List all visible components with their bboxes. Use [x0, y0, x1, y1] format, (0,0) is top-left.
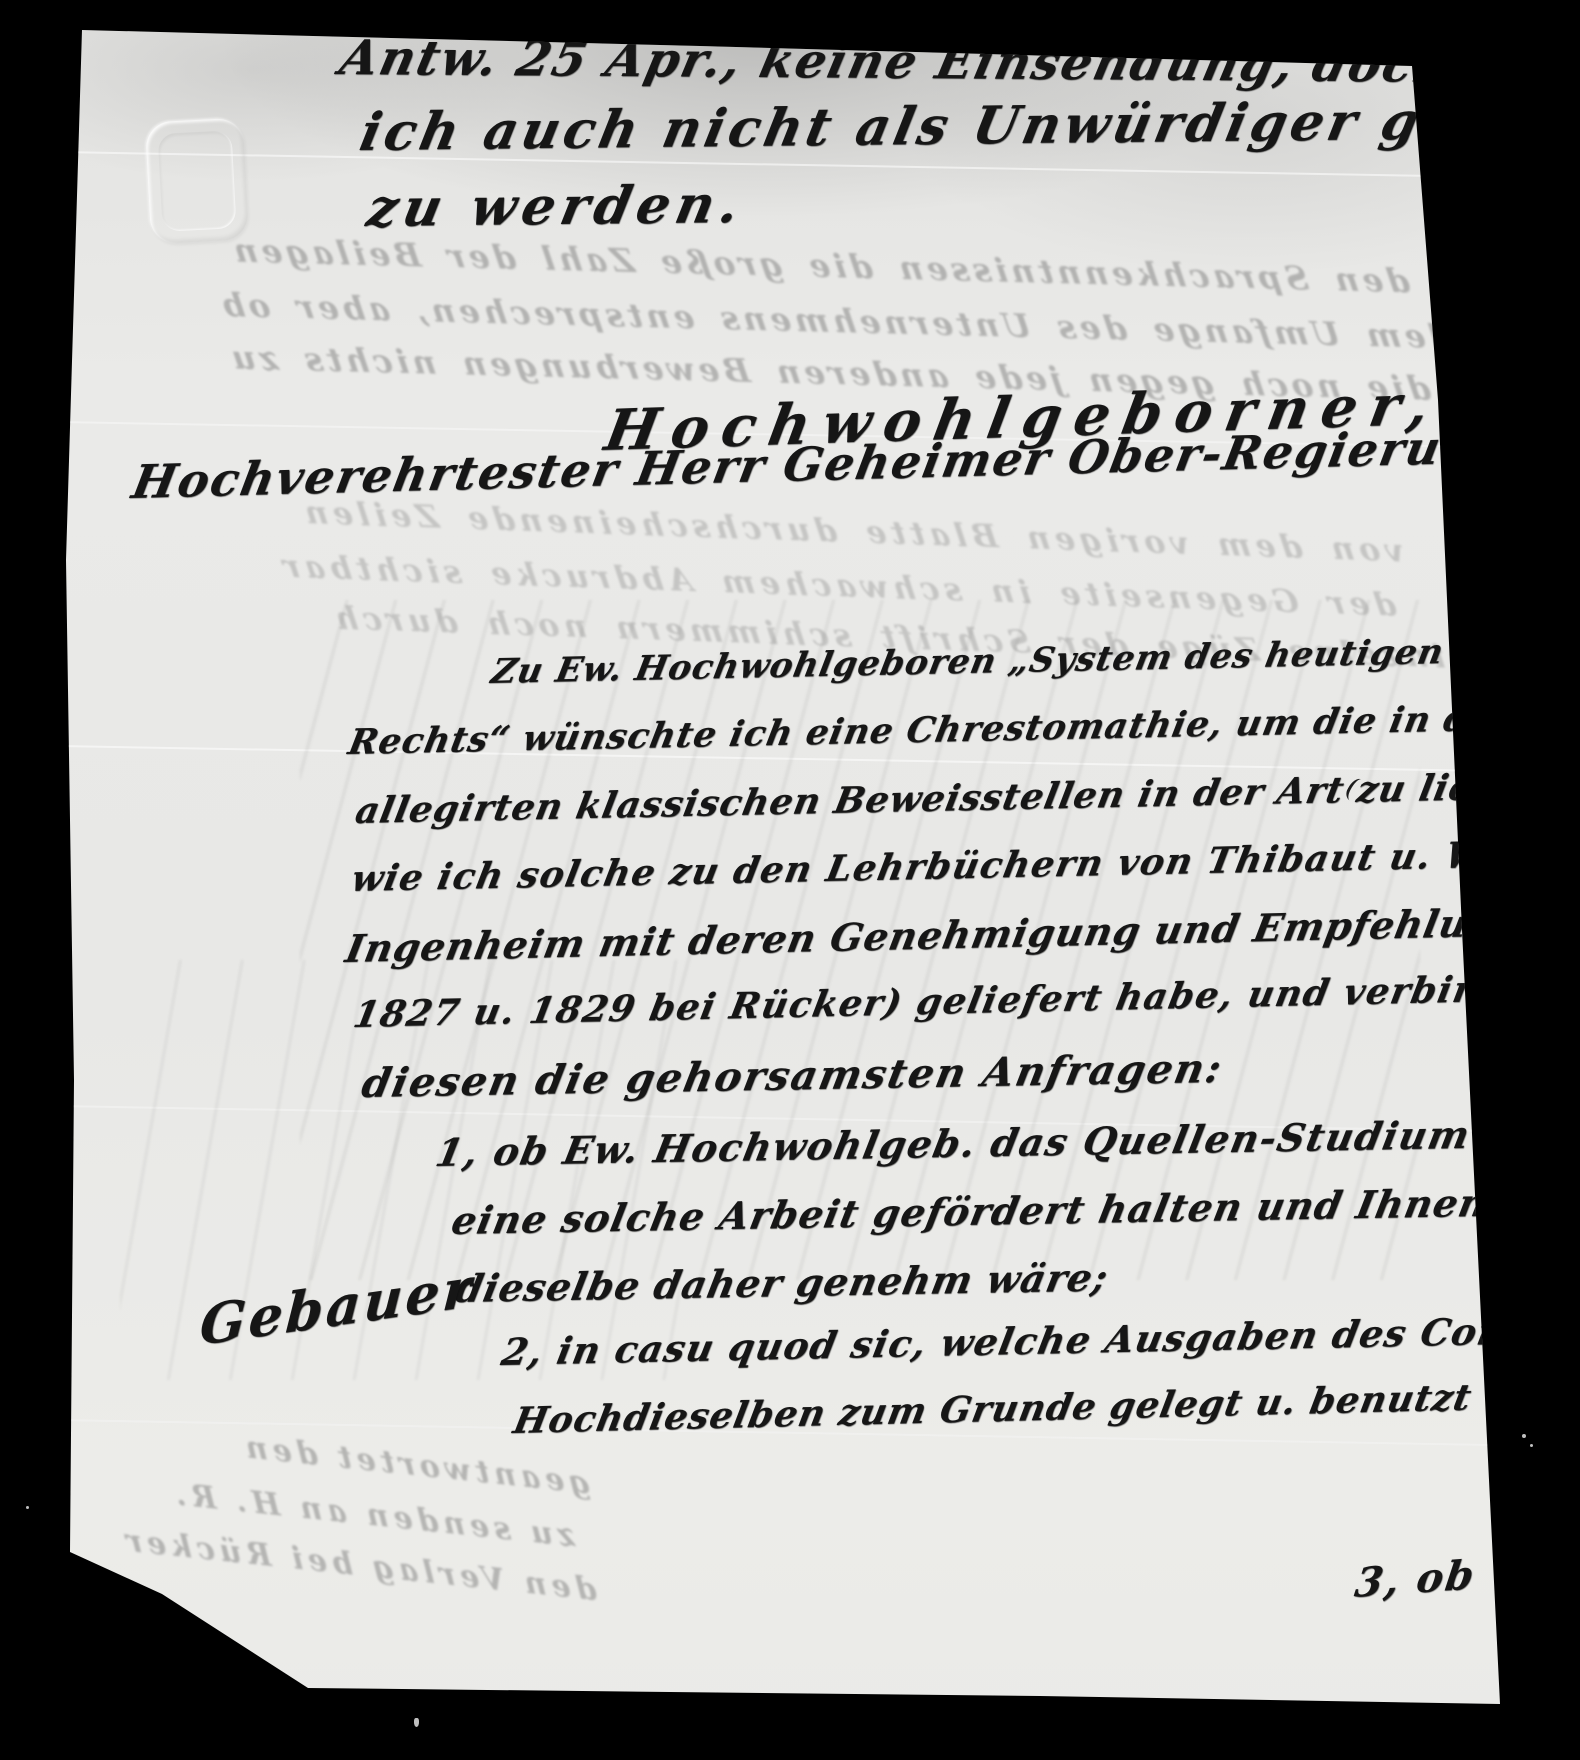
top-annotation-line: Antw. 25 Apr., keine Einsendung, doch wü… [335, 30, 1580, 96]
embossed-stamp-inner [157, 130, 236, 232]
paper-fleck [414, 1718, 419, 1727]
top-annotation-line: zu werden. [362, 174, 750, 239]
scanned-letter-page: Antw. 25 Apr., keine Einsendung, doch wü… [0, 0, 1580, 1760]
paper-fleck [26, 1506, 29, 1509]
paper-fleck [1522, 1434, 1526, 1438]
scanned-letter-canvas: Antw. 25 Apr., keine Einsendung, doch wü… [0, 0, 1580, 1760]
catchword: 3, ob [1352, 1551, 1479, 1607]
top-annotation-line: ich auch nicht als Unwürdiger genannt [355, 88, 1580, 163]
list-item-line: Hochdieselben zum Grunde gelegt u. benut… [510, 1370, 1580, 1442]
scan-streak [0, 1688, 1580, 1718]
embossed-stamp [145, 118, 249, 245]
paper-fleck [1530, 1444, 1533, 1447]
